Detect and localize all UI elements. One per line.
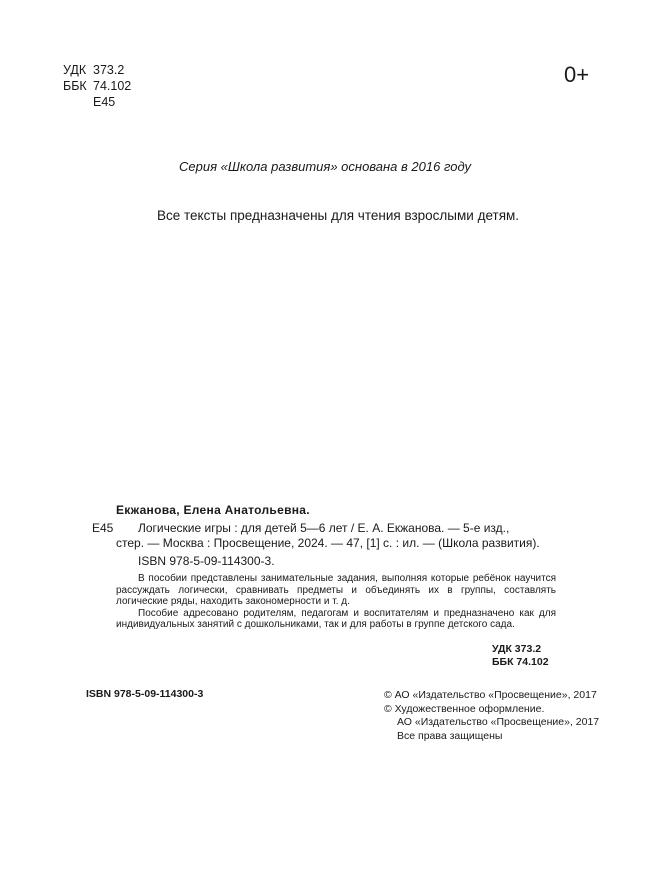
udk-value: 373.2 — [93, 62, 124, 78]
copyright-line: © Художественное оформление. — [384, 703, 599, 717]
record-isbn: ISBN 978-5-09-114300-3. — [116, 554, 556, 569]
author-mark-inline: Е45 — [92, 521, 113, 536]
record-classification: УДК 373.2 ББК 74.102 — [492, 643, 549, 668]
copyright-block: © АО «Издательство «Просвещение», 2017 ©… — [384, 689, 599, 743]
udk-label: УДК — [63, 62, 87, 78]
age-rating: 0+ — [564, 62, 589, 88]
record-bbk: ББК 74.102 — [492, 656, 549, 669]
abstract-paragraph: Пособие адресовано родителям, педагогам … — [116, 608, 556, 631]
description-rest: стер. — Москва : Просвещение, 2024. — 47… — [116, 536, 556, 551]
book-description: Е45 Логические игры : для детей 5—6 лет … — [116, 521, 556, 551]
description-line-1: Логические игры : для детей 5—6 лет / Е.… — [116, 521, 556, 536]
bbk-label: ББК — [63, 78, 87, 94]
copyright-line: Все права защищены — [384, 730, 599, 744]
author-mark: Е45 — [93, 94, 115, 110]
bbk-value: 74.102 — [93, 78, 131, 94]
bbk-row: ББК 74.102 — [63, 78, 131, 94]
copyright-line: © АО «Издательство «Просвещение», 2017 — [384, 689, 599, 703]
record-udk: УДК 373.2 — [492, 643, 549, 656]
udk-row: УДК 373.2 — [63, 62, 131, 78]
abstract: В пособии представлены занимательные зад… — [116, 573, 556, 631]
author-mark-row: Е45 — [63, 94, 131, 110]
author-name: Екжанова, Елена Анатольевна. — [116, 503, 556, 518]
classification-codes: УДК 373.2 ББК 74.102 Е45 — [63, 62, 131, 110]
abstract-paragraph: В пособии представлены занимательные зад… — [116, 573, 556, 608]
isbn-footer: ISBN 978-5-09-114300-3 — [86, 688, 203, 700]
series-note: Серия «Школа развития» основана в 2016 г… — [0, 159, 650, 174]
bibliographic-record: Екжанова, Елена Анатольевна. Е45 Логичес… — [116, 503, 556, 631]
reading-note: Все тексты предназначены для чтения взро… — [0, 208, 650, 223]
copyright-line: АО «Издательство «Просвещение», 2017 — [384, 716, 599, 730]
